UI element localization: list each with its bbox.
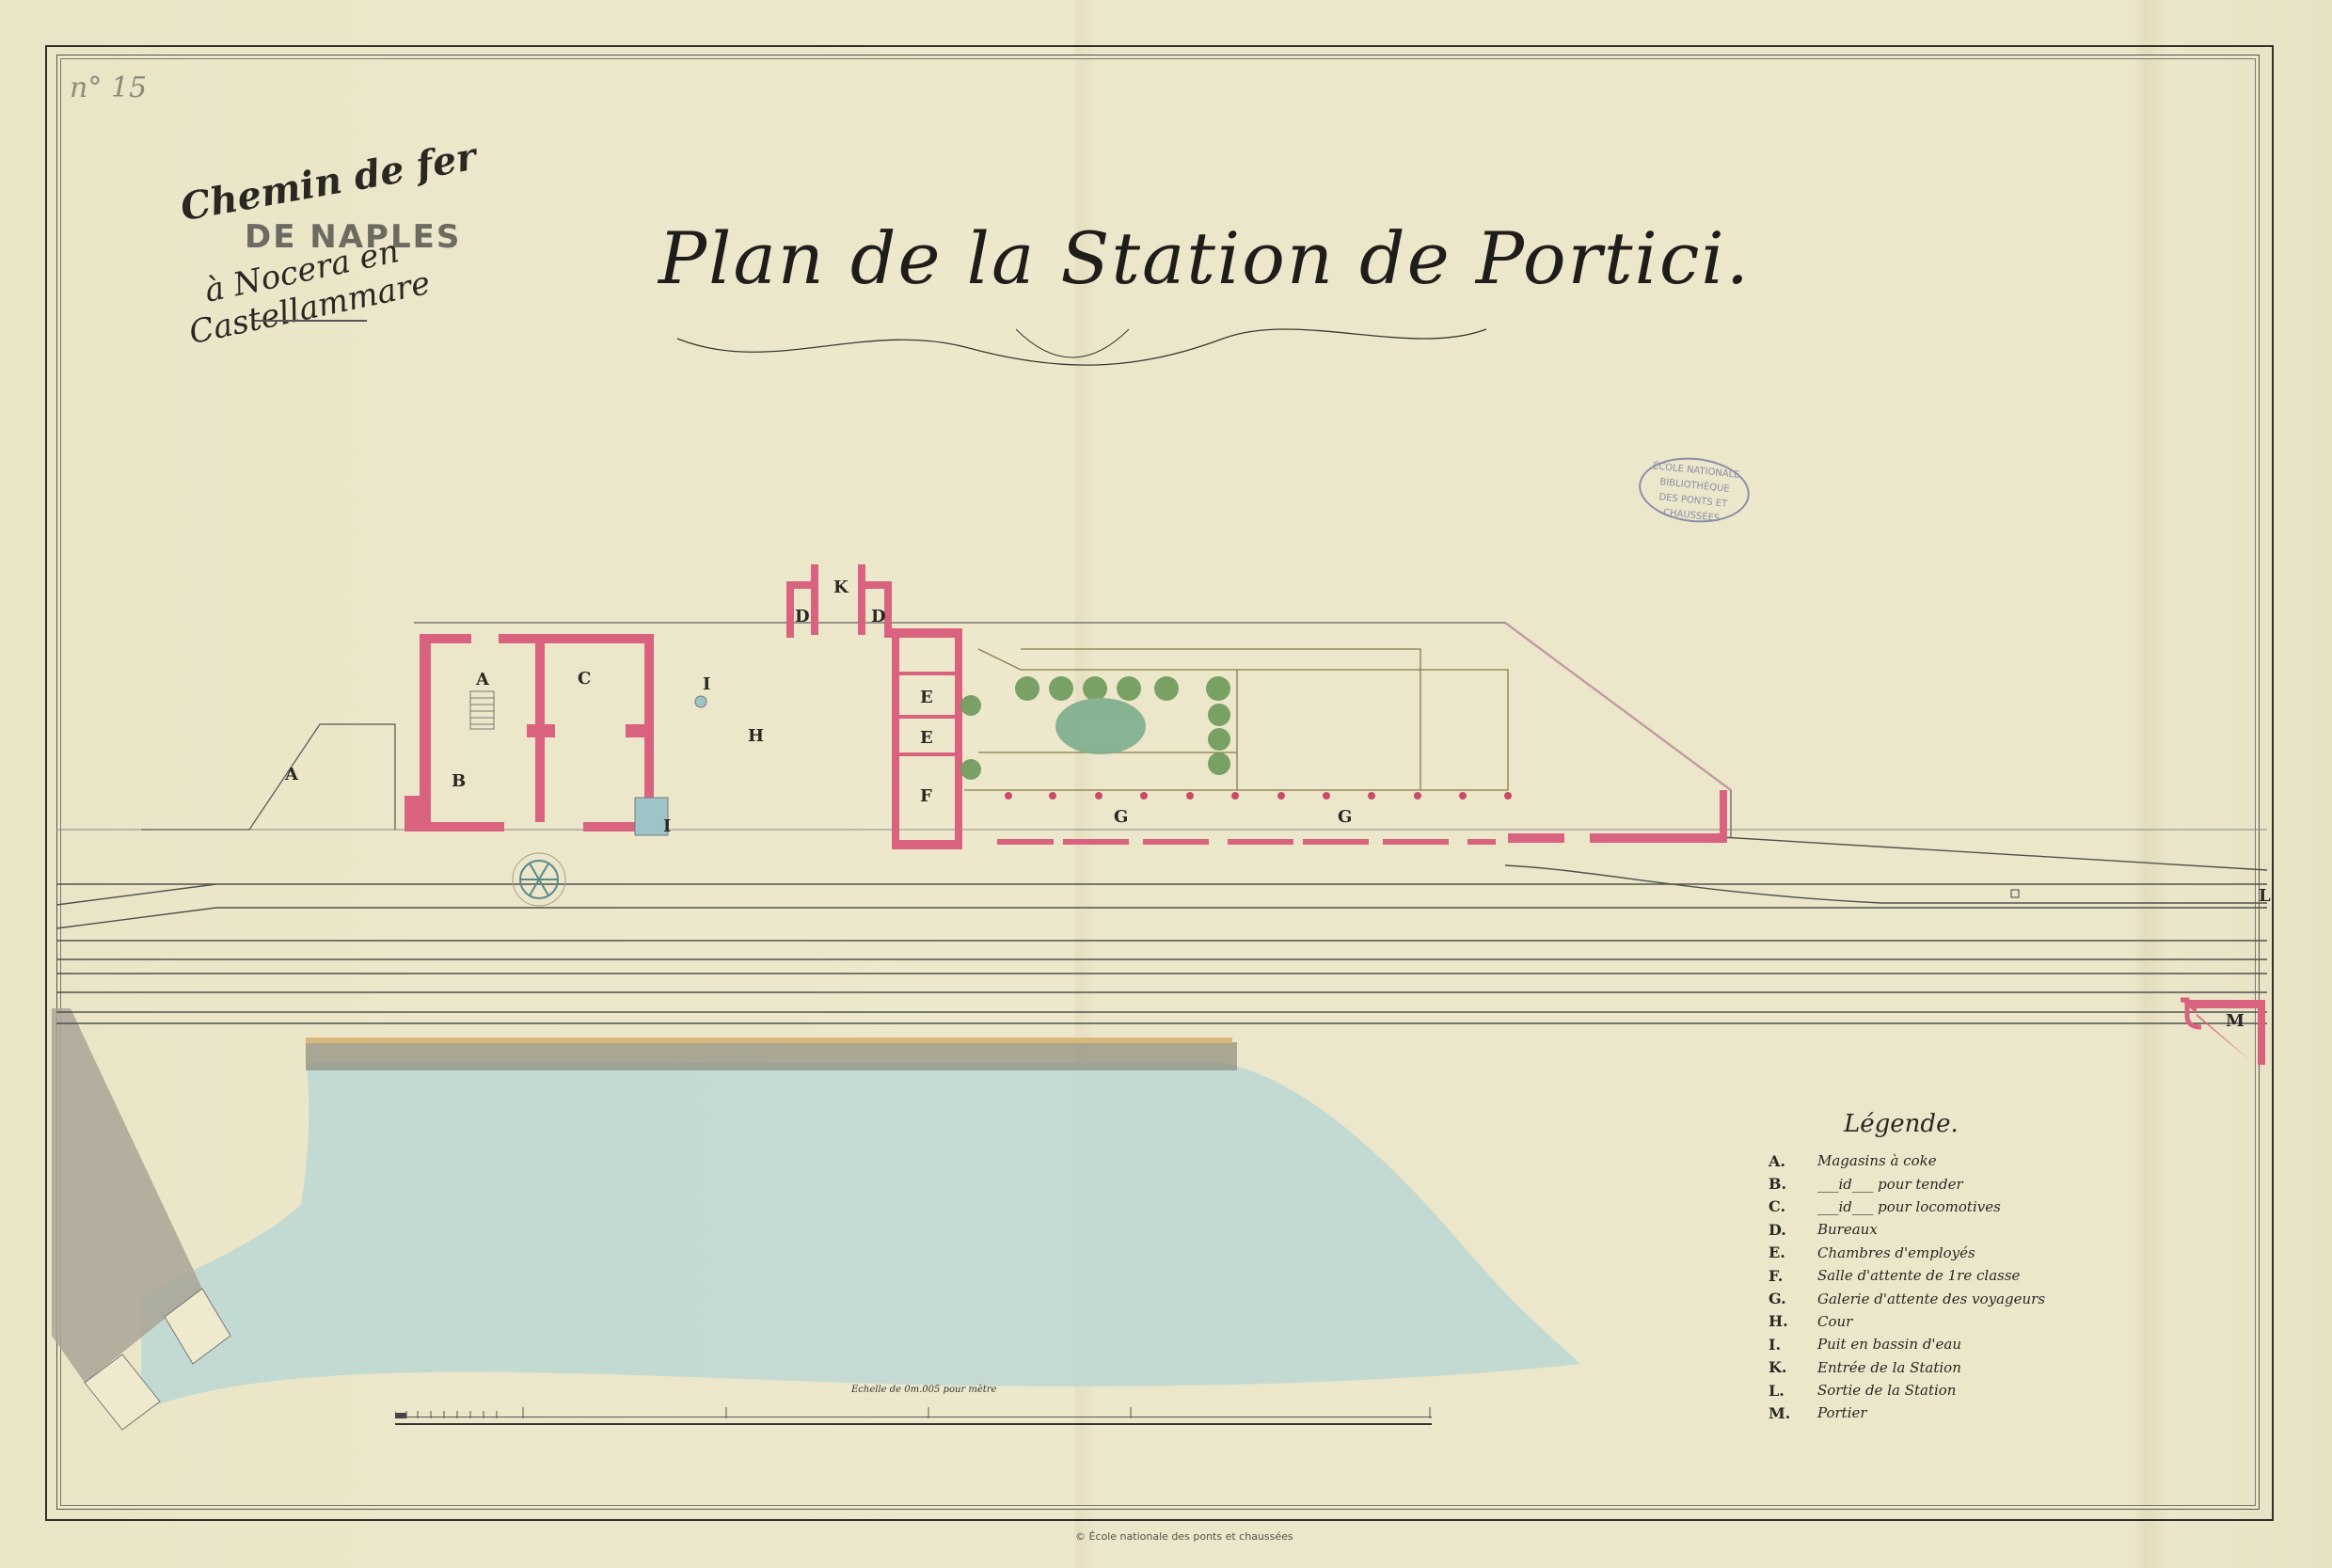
turntable — [513, 853, 565, 906]
sea-water — [141, 1063, 1580, 1411]
gallery-columns — [1005, 792, 1512, 800]
legend-text: Cour — [1817, 1313, 1852, 1330]
legend-item: I.Puit en bassin d'eau — [1769, 1333, 2107, 1355]
label-M: M — [2226, 1011, 2245, 1031]
garden-paths — [964, 649, 1508, 790]
label-B: B — [452, 771, 466, 791]
legend-item: L.Sortie de la Station — [1769, 1379, 2107, 1402]
scale-caption: Echelle de 0m.005 pour mètre — [851, 1385, 996, 1395]
legend-item: G.Galerie d'attente des voyageurs — [1769, 1287, 2107, 1309]
legend-item: H.Cour — [1769, 1310, 2107, 1333]
label-F: F — [920, 786, 932, 806]
label-D-right: D — [871, 607, 886, 626]
legend-item: F.Salle d'attente de 1re classe — [1769, 1264, 2107, 1287]
label-E-top: E — [920, 688, 933, 707]
legend-key: G. — [1769, 1290, 1817, 1307]
coke-yard-outline — [141, 724, 395, 830]
legend-text: Portier — [1817, 1404, 1867, 1421]
label-K: K — [833, 578, 849, 597]
wooden-pier — [306, 1037, 1232, 1043]
label-G-right: G — [1338, 807, 1352, 827]
legend-key: C. — [1769, 1197, 1817, 1215]
map-sheet: n° 15 Chemin de fer DE NAPLES à Nocera e… — [0, 0, 2332, 1568]
legend-key: D. — [1769, 1221, 1817, 1239]
legend-title: Légende. — [1844, 1110, 2107, 1138]
rock-embankment — [306, 1042, 1237, 1070]
legend-text: Entrée de la Station — [1817, 1359, 1961, 1376]
legend-key: I. — [1769, 1336, 1817, 1354]
walls-gallery — [997, 790, 1727, 845]
scale-ticks — [395, 1402, 1439, 1420]
legend-text: ___id___ pour locomotives — [1817, 1198, 2001, 1215]
legend-item: C.___id___ pour locomotives — [1769, 1196, 2107, 1218]
label-I-basin: I — [663, 816, 671, 836]
staircase — [470, 691, 494, 729]
legend-text: ___id___ pour tender — [1817, 1176, 1963, 1193]
label-I-well: I — [703, 674, 710, 694]
label-H: H — [748, 726, 764, 746]
legend-text: Galerie d'attente des voyageurs — [1817, 1291, 2045, 1307]
legend-item: D.Bureaux — [1769, 1218, 2107, 1241]
label-G-left: G — [1114, 807, 1128, 827]
label-A-coke-yard: A — [285, 765, 298, 784]
legend-text: Magasins à coke — [1817, 1152, 1937, 1169]
legend-key: F. — [1769, 1267, 1817, 1285]
legend-item: K.Entrée de la Station — [1769, 1356, 2107, 1379]
copyright-notice: © École nationale des ponts et chaussées — [1075, 1530, 1293, 1543]
legend-text: Sortie de la Station — [1817, 1382, 1956, 1399]
legend-key: L. — [1769, 1382, 1817, 1400]
label-D-left: D — [795, 607, 810, 626]
garden-trees — [960, 676, 1230, 780]
railway-tracks — [56, 830, 2267, 1023]
label-E-bottom: E — [920, 728, 933, 748]
legend-text: Chambres d'employés — [1817, 1244, 1975, 1261]
legend-text: Puit en bassin d'eau — [1817, 1336, 1961, 1353]
legend: Légende. A.Magasins à coke B.___id___ po… — [1769, 1110, 2107, 1425]
walls-locomotive-shed — [405, 634, 654, 832]
label-L: L — [2259, 886, 2271, 906]
legend-text: Bureaux — [1817, 1221, 1878, 1238]
label-C: C — [578, 669, 591, 689]
legend-item: M.Portier — [1769, 1402, 2107, 1424]
porter-lodge-walls — [2181, 1000, 2265, 1065]
label-A-building: A — [476, 670, 489, 689]
legend-item: B.___id___ pour tender — [1769, 1172, 2107, 1195]
legend-text: Salle d'attente de 1re classe — [1817, 1267, 2020, 1284]
legend-key: M. — [1769, 1404, 1817, 1422]
legend-item: A.Magasins à coke — [1769, 1149, 2107, 1172]
legend-key: H. — [1769, 1312, 1817, 1330]
legend-key: B. — [1769, 1175, 1817, 1193]
legend-key: A. — [1769, 1152, 1817, 1170]
legend-item: E.Chambres d'employés — [1769, 1242, 2107, 1264]
signal-post — [2011, 890, 2019, 897]
walls-entrance-block — [786, 564, 892, 638]
legend-key: E. — [1769, 1243, 1817, 1261]
well — [695, 696, 706, 707]
legend-key: K. — [1769, 1358, 1817, 1376]
